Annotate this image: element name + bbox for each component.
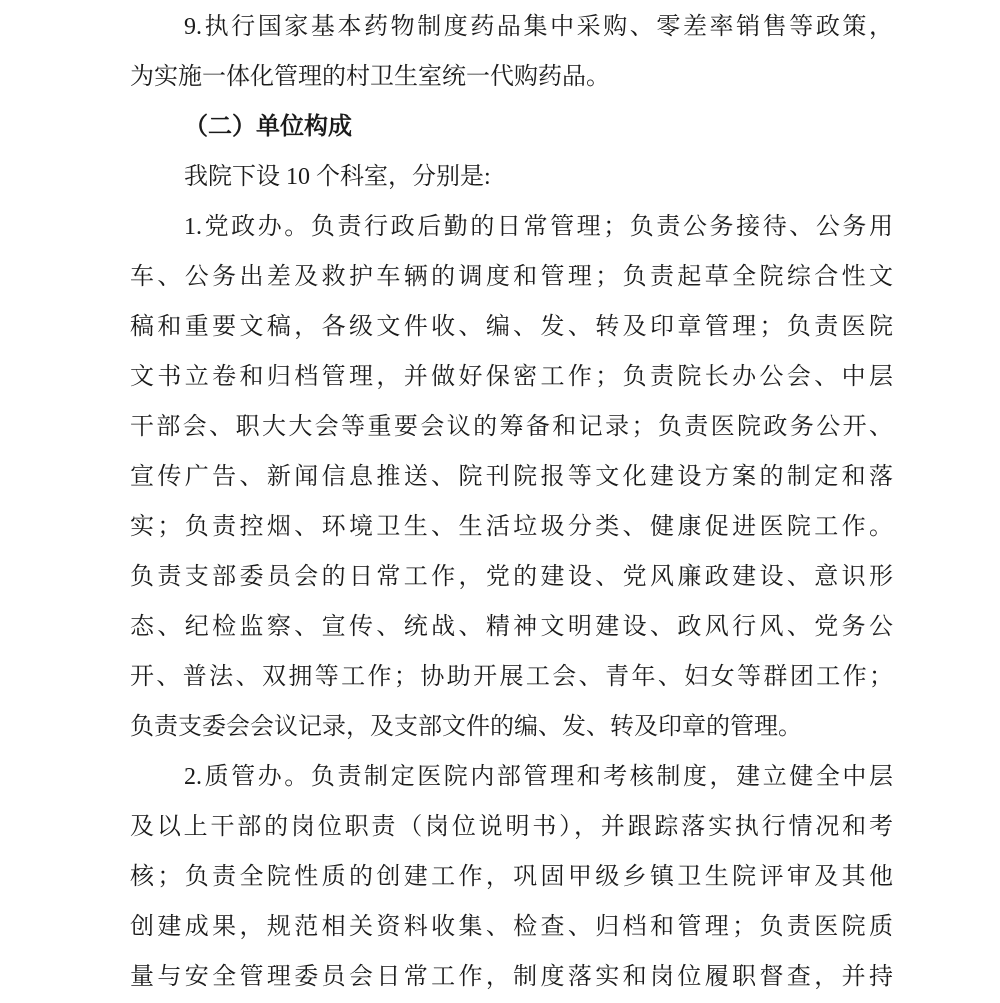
text-line: 创建成果，规范相关资料收集、检查、归档和管理；负责医院质 <box>130 902 893 952</box>
text-line: 我院下设 10 个科室，分别是: <box>130 152 893 202</box>
text-line: 负责支委会会议记录，及支部文件的编、发、转及印章的管理。 <box>130 702 893 752</box>
text-line: （二）单位构成 <box>130 102 893 152</box>
para-departments-intro: 我院下设 10 个科室，分别是: <box>130 152 893 202</box>
text-line: 干部会、职大大会等重要会议的筹备和记录；负责医院政务公开、 <box>130 402 893 452</box>
text-line: 车、公务出差及救护车辆的调度和管理；负责起草全院综合性文 <box>130 252 893 302</box>
text-line: 态、纪检监察、宣传、统战、精神文明建设、政风行风、党务公 <box>130 602 893 652</box>
text-line: 稿和重要文稿，各级文件收、编、发、转及印章管理；负责医院 <box>130 302 893 352</box>
para-1-party-admin-office: 1.党政办。负责行政后勤的日常管理；负责公务接待、公务用车、公务出差及救护车辆的… <box>130 202 893 752</box>
document-body: 9.执行国家基本药物制度药品集中采购、零差率销售等政策，为实施一体化管理的村卫生… <box>130 2 893 1002</box>
text-line: 核；负责全院性质的创建工作，巩固甲级乡镇卫生院评审及其他 <box>130 852 893 902</box>
text-line: 及以上干部的岗位职责（岗位说明书），并跟踪落实执行情况和考 <box>130 802 893 852</box>
document-page: 9.执行国家基本药物制度药品集中采购、零差率销售等政策，为实施一体化管理的村卫生… <box>0 0 1000 1003</box>
text-line: 2.质管办。负责制定医院内部管理和考核制度，建立健全中层 <box>130 752 893 802</box>
text-line: 负责支部委员会的日常工作，党的建设、党风廉政建设、意识形 <box>130 552 893 602</box>
text-line: 宣传广告、新闻信息推送、院刊院报等文化建设方案的制定和落 <box>130 452 893 502</box>
para-item-9-drug-policy: 9.执行国家基本药物制度药品集中采购、零差率销售等政策，为实施一体化管理的村卫生… <box>130 2 893 102</box>
text-line: 为实施一体化管理的村卫生室统一代购药品。 <box>130 52 893 102</box>
text-line: 9.执行国家基本药物制度药品集中采购、零差率销售等政策， <box>130 2 893 52</box>
text-line: 量与安全管理委员会日常工作，制度落实和岗位履职督查，并持 <box>130 952 893 1002</box>
para-2-quality-mgmt-office: 2.质管办。负责制定医院内部管理和考核制度，建立健全中层及以上干部的岗位职责（岗… <box>130 752 893 1002</box>
text-line: 文书立卷和归档管理，并做好保密工作；负责院长办公会、中层 <box>130 352 893 402</box>
text-line: 开、普法、双拥等工作；协助开展工会、青年、妇女等群团工作； <box>130 652 893 702</box>
text-line: 实；负责控烟、环境卫生、生活垃圾分类、健康促进医院工作。 <box>130 502 893 552</box>
text-line: 1.党政办。负责行政后勤的日常管理；负责公务接待、公务用 <box>130 202 893 252</box>
heading-unit-composition: （二）单位构成 <box>130 102 893 152</box>
